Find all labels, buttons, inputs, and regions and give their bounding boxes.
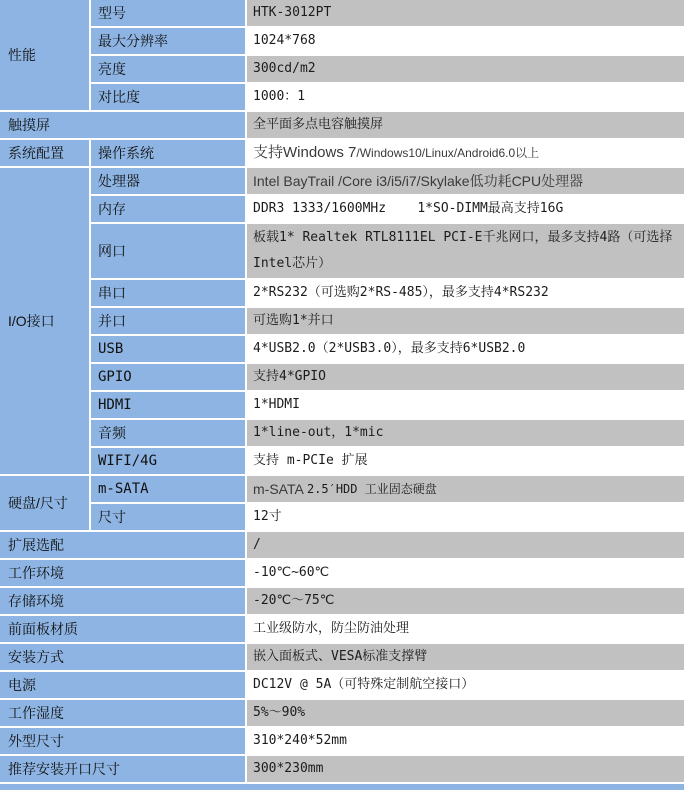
- spec-value-cell: 全平面多点电容触摸屏: [247, 112, 684, 138]
- category-label: 电源: [8, 675, 36, 695]
- spec-value: 可选购1*并口: [253, 308, 334, 334]
- spec-name-cell: 串口: [91, 280, 245, 306]
- spec-name-cell: 处理器: [91, 168, 245, 194]
- spec-value-cell: 支持 m-PCIe 扩展: [247, 448, 684, 474]
- table-row: USB4*USB2.0（2*USB3.0），最多支持6*USB2.0: [91, 336, 684, 362]
- spec-value: -10℃~60℃: [253, 560, 329, 586]
- spec-value-cell: 支持Windows 7/Windows10/Linux/Android6.0以上: [247, 140, 684, 166]
- category-cell: 扩展选配: [0, 532, 245, 558]
- spec-value: 4*USB2.0（2*USB3.0），最多支持6*USB2.0: [253, 336, 525, 362]
- spec-name-cell: HDMI: [91, 392, 245, 418]
- table-row: 并口可选购1*并口: [91, 308, 684, 334]
- spec-section: 推荐安装开口尺寸300*230mm: [0, 756, 684, 782]
- spec-section: 外型尺寸310*240*52mm: [0, 728, 684, 754]
- spec-value-cell: 300cd/m2: [247, 56, 684, 82]
- spec-value: HTK-3012PT: [253, 0, 331, 26]
- table-row: 处理器Intel BayTrail /Core i3/i5/i7/Skylake…: [91, 168, 684, 194]
- spec-value-segment: 支持Windows 7: [253, 140, 356, 166]
- category-cell: 存储环境: [0, 588, 245, 614]
- spec-section: 存储环境-20℃～75℃: [0, 588, 684, 614]
- category-label: 扩展选配: [8, 535, 64, 555]
- category-label: 推荐安装开口尺寸: [8, 759, 120, 779]
- category-label: 存储环境: [8, 591, 64, 611]
- spec-value-cell: /: [247, 532, 684, 558]
- category-label: 安装方式: [8, 647, 64, 667]
- spec-name-cell: 尺寸: [91, 504, 245, 530]
- category-label: 系统配置: [8, 143, 64, 163]
- spec-value-cell: 1024*768: [247, 28, 684, 54]
- table-row: m-SATAm-SATA 2.5′HDD 工业固态硬盘: [91, 476, 684, 502]
- spec-name-cell: 网口: [91, 224, 245, 278]
- spec-value: 嵌入面板式、VESA标准支撑臂: [253, 644, 427, 670]
- spec-value-cell: m-SATA 2.5′HDD 工业固态硬盘: [247, 476, 684, 502]
- spec-name-cell: GPIO: [91, 364, 245, 390]
- spec-name-cell: WIFI/4G: [91, 448, 245, 474]
- category-label: 外型尺寸: [8, 731, 64, 751]
- spec-section: 触摸屏全平面多点电容触摸屏: [0, 112, 684, 138]
- category-label: 前面板材质: [8, 619, 78, 639]
- category-cell: 前面板材质: [0, 616, 245, 642]
- spec-name-cell: 并口: [91, 308, 245, 334]
- table-row: 串口2*RS232（可选购2*RS-485），最多支持4*RS232: [91, 280, 684, 306]
- spec-value: 全平面多点电容触摸屏: [253, 112, 383, 138]
- spec-name: 尺寸: [98, 507, 126, 527]
- category-cell: 硬盘/尺寸: [0, 476, 89, 530]
- spec-value-cell: HTK-3012PT: [247, 0, 684, 26]
- spec-value: 300*230mm: [253, 756, 323, 782]
- spec-section: I/O接口处理器Intel BayTrail /Core i3/i5/i7/Sk…: [0, 168, 684, 476]
- spec-rows: 处理器Intel BayTrail /Core i3/i5/i7/Skylake…: [91, 168, 684, 476]
- spec-section: 工作湿度5%～90%: [0, 700, 684, 726]
- category-label: 触摸屏: [8, 115, 50, 135]
- spec-name: HDMI: [98, 397, 132, 413]
- spec-value-cell: 300*230mm: [247, 756, 684, 782]
- spec-name-cell: m-SATA: [91, 476, 245, 502]
- spec-value-segment: /Windows10/Linux/Android6.0以上: [356, 140, 539, 166]
- spec-name: 最大分辨率: [98, 31, 168, 51]
- spec-name: 处理器: [98, 171, 140, 191]
- spec-rows: 操作系统支持Windows 7/Windows10/Linux/Android6…: [91, 140, 684, 168]
- spec-section: 电源DC12V @ 5A（可特殊定制航空接口）: [0, 672, 684, 698]
- table-row: 操作系统支持Windows 7/Windows10/Linux/Android6…: [91, 140, 684, 166]
- table-row: GPIO支持4*GPIO: [91, 364, 684, 390]
- spec-value: 12寸: [253, 504, 282, 530]
- spec-value: 支持 m-PCIe 扩展: [253, 448, 368, 474]
- category-cell: 外型尺寸: [0, 728, 245, 754]
- spec-name-cell: 最大分辨率: [91, 28, 245, 54]
- spec-value: DDR3 1333/1600MHz 1*SO-DIMM最高支持16G: [253, 196, 563, 222]
- category-cell: 性能: [0, 0, 89, 110]
- spec-value: 板载1* Realtek RTL8111EL PCI-E千兆网口，最多支持4路（…: [253, 225, 672, 277]
- table-row: 型号HTK-3012PT: [91, 0, 684, 26]
- spec-value-cell: 4*USB2.0（2*USB3.0），最多支持6*USB2.0: [247, 336, 684, 362]
- spec-value: DC12V @ 5A（可特殊定制航空接口）: [253, 672, 474, 698]
- spec-name: 音频: [98, 423, 126, 443]
- category-cell: 触摸屏: [0, 112, 245, 138]
- spec-value-cell: 支持4*GPIO: [247, 364, 684, 390]
- spec-value-segment: m-SATA: [253, 476, 307, 502]
- category-cell: 安装方式: [0, 644, 245, 670]
- spec-name-cell: 音频: [91, 420, 245, 446]
- table-row: HDMI1*HDMI: [91, 392, 684, 418]
- spec-value-cell: 工业级防水，防尘防油处理: [247, 616, 684, 642]
- spec-value: 2*RS232（可选购2*RS-485），最多支持4*RS232: [253, 280, 549, 306]
- spec-value-cell: -20℃～75℃: [247, 588, 684, 614]
- spec-section: 安装方式嵌入面板式、VESA标准支撑臂: [0, 644, 684, 670]
- spec-name: 操作系统: [98, 143, 154, 163]
- spec-value: 300cd/m2: [253, 56, 316, 82]
- spec-name: 对比度: [98, 87, 140, 107]
- table-row: 最大分辨率1024*768: [91, 28, 684, 54]
- spec-section: 扩展选配/: [0, 532, 684, 558]
- spec-name: 亮度: [98, 59, 126, 79]
- spec-value-cell: 5%～90%: [247, 700, 684, 726]
- category-label: I/O接口: [8, 311, 55, 331]
- spec-name: 并口: [98, 311, 126, 331]
- category-cell: 推荐安装开口尺寸: [0, 756, 245, 782]
- spec-rows: m-SATAm-SATA 2.5′HDD 工业固态硬盘尺寸12寸: [91, 476, 684, 532]
- spec-value: /: [253, 532, 261, 558]
- spec-value: 5%～90%: [253, 700, 305, 726]
- spec-value: 310*240*52mm: [253, 728, 347, 754]
- table-row: 亮度300cd/m2: [91, 56, 684, 82]
- spec-value-cell: 可选购1*并口: [247, 308, 684, 334]
- spec-value: Intel BayTrail /Core i3/i5/i7/Skylake低功耗…: [253, 168, 583, 194]
- category-label: 性能: [8, 45, 36, 65]
- spec-value-cell: 1*HDMI: [247, 392, 684, 418]
- spec-name: USB: [98, 341, 123, 357]
- spec-value-cell: -10℃~60℃: [247, 560, 684, 586]
- spec-value: 工业级防水，防尘防油处理: [253, 616, 409, 642]
- spec-name: m-SATA: [98, 481, 149, 497]
- spec-name-cell: 对比度: [91, 84, 245, 110]
- category-label: 工作湿度: [8, 703, 64, 723]
- spec-value-cell: DDR3 1333/1600MHz 1*SO-DIMM最高支持16G: [247, 196, 684, 222]
- spec-name: 型号: [98, 3, 126, 23]
- spec-section: 性能型号HTK-3012PT最大分辨率1024*768亮度300cd/m2对比度…: [0, 0, 684, 112]
- spec-table: 性能型号HTK-3012PT最大分辨率1024*768亮度300cd/m2对比度…: [0, 0, 684, 790]
- spec-section: 系统配置操作系统支持Windows 7/Windows10/Linux/Andr…: [0, 140, 684, 168]
- spec-value-cell: DC12V @ 5A（可特殊定制航空接口）: [247, 672, 684, 698]
- table-row: 网口板载1* Realtek RTL8111EL PCI-E千兆网口，最多支持4…: [91, 224, 684, 278]
- spec-value-segment: 2.5′HDD 工业固态硬盘: [307, 476, 437, 502]
- spec-name: 网口: [98, 241, 126, 261]
- spec-section: 工作环境-10℃~60℃: [0, 560, 684, 586]
- category-label: 工作环境: [8, 563, 64, 583]
- category-cell: 工作湿度: [0, 700, 245, 726]
- category-cell: I/O接口: [0, 168, 89, 474]
- spec-name-cell: 内存: [91, 196, 245, 222]
- spec-value-cell: 1*line-out，1*mic: [247, 420, 684, 446]
- category-label: 硬盘/尺寸: [8, 493, 68, 513]
- spec-value: -20℃～75℃: [253, 588, 334, 614]
- spec-name: WIFI/4G: [98, 453, 157, 469]
- spec-section: 前面板材质工业级防水，防尘防油处理: [0, 616, 684, 642]
- spec-name: GPIO: [98, 369, 132, 385]
- spec-value: 1000：1: [253, 84, 305, 110]
- spec-name-cell: 亮度: [91, 56, 245, 82]
- spec-value: 支持4*GPIO: [253, 364, 326, 390]
- spec-section: 硬盘/尺寸m-SATAm-SATA 2.5′HDD 工业固态硬盘尺寸12寸: [0, 476, 684, 532]
- spec-value-cell: 2*RS232（可选购2*RS-485），最多支持4*RS232: [247, 280, 684, 306]
- spec-value-cell: 1000：1: [247, 84, 684, 110]
- spec-value-cell: 310*240*52mm: [247, 728, 684, 754]
- spec-rows: 型号HTK-3012PT最大分辨率1024*768亮度300cd/m2对比度10…: [91, 0, 684, 112]
- bottom-accent-bar: [0, 784, 684, 790]
- spec-name-cell: 型号: [91, 0, 245, 26]
- spec-value: 1*line-out，1*mic: [253, 420, 383, 446]
- table-row: WIFI/4G支持 m-PCIe 扩展: [91, 448, 684, 474]
- spec-name-cell: 操作系统: [91, 140, 245, 166]
- table-row: 对比度1000：1: [91, 84, 684, 110]
- table-row: 尺寸12寸: [91, 504, 684, 530]
- spec-value-cell: 12寸: [247, 504, 684, 530]
- spec-name: 串口: [98, 283, 126, 303]
- spec-value-cell: Intel BayTrail /Core i3/i5/i7/Skylake低功耗…: [247, 168, 684, 194]
- spec-name: 内存: [98, 199, 126, 219]
- spec-value: 1*HDMI: [253, 392, 300, 418]
- table-row: 内存DDR3 1333/1600MHz 1*SO-DIMM最高支持16G: [91, 196, 684, 222]
- table-row: 音频1*line-out，1*mic: [91, 420, 684, 446]
- category-cell: 工作环境: [0, 560, 245, 586]
- spec-value-cell: 板载1* Realtek RTL8111EL PCI-E千兆网口，最多支持4路（…: [247, 224, 684, 278]
- spec-value-cell: 嵌入面板式、VESA标准支撑臂: [247, 644, 684, 670]
- category-cell: 系统配置: [0, 140, 89, 166]
- spec-name-cell: USB: [91, 336, 245, 362]
- category-cell: 电源: [0, 672, 245, 698]
- spec-value: 1024*768: [253, 28, 316, 54]
